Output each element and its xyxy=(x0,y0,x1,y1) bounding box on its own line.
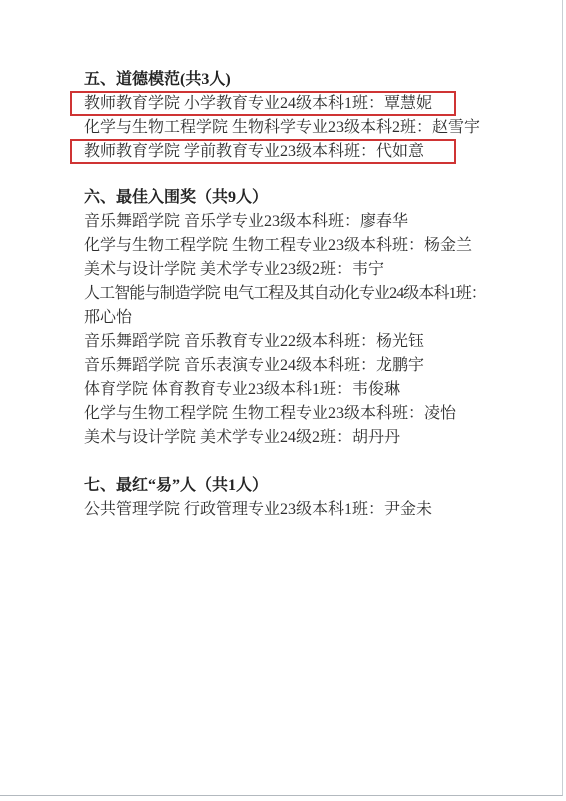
section-moral-models: 五、道德模范(共3人) 教师教育学院 小学教育专业24级本科1班：覃慧妮 化学与… xyxy=(84,68,524,164)
award-line: 化学与生物工程学院 生物工程专业23级本科班：杨金兰 xyxy=(84,234,524,258)
award-line: 化学与生物工程学院 生物工程专业23级本科班：凌怡 xyxy=(84,402,524,426)
section-heading: 六、最佳入围奖（共9人） xyxy=(84,186,524,210)
section-most-red-person: 七、最红“易”人（共1人） 公共管理学院 行政管理专业23级本科1班：尹金未 xyxy=(84,474,524,522)
award-line: 教师教育学院 学前教育专业23级本科班：代如意 xyxy=(84,140,524,164)
document-content: 五、道德模范(共3人) 教师教育学院 小学教育专业24级本科1班：覃慧妮 化学与… xyxy=(84,68,524,522)
award-line-text: 教师教育学院 小学教育专业24级本科1班：覃慧妮 xyxy=(84,95,432,112)
document-page: 五、道德模范(共3人) 教师教育学院 小学教育专业24级本科1班：覃慧妮 化学与… xyxy=(0,0,563,796)
award-line: 音乐舞蹈学院 音乐表演专业24级本科班：龙鹏宇 xyxy=(84,354,524,378)
section-best-finalist: 六、最佳入围奖（共9人） 音乐舞蹈学院 音乐学专业23级本科班：廖春华 化学与生… xyxy=(84,186,524,450)
section-heading: 七、最红“易”人（共1人） xyxy=(84,474,524,498)
award-line: 美术与设计学院 美术学专业23级2班：韦宁 xyxy=(84,258,524,282)
award-line: 美术与设计学院 美术学专业24级2班：胡丹丹 xyxy=(84,426,524,450)
award-line: 音乐舞蹈学院 音乐学专业23级本科班：廖春华 xyxy=(84,210,524,234)
award-line: 音乐舞蹈学院 音乐教育专业22级本科班：杨光钰 xyxy=(84,330,524,354)
award-line: 化学与生物工程学院 生物科学专业23级本科2班：赵雪宇 xyxy=(84,116,524,140)
award-line: 公共管理学院 行政管理专业23级本科1班：尹金未 xyxy=(84,498,524,522)
award-line-text: 教师教育学院 学前教育专业23级本科班：代如意 xyxy=(84,143,424,160)
award-line: 教师教育学院 小学教育专业24级本科1班：覃慧妮 xyxy=(84,92,524,116)
award-line: 人工智能与制造学院 电气工程及其自动化专业24级本科1班： xyxy=(84,282,524,306)
section-heading: 五、道德模范(共3人) xyxy=(84,68,524,92)
award-line: 体育学院 体育教育专业23级本科1班：韦俊琳 xyxy=(84,378,524,402)
award-line-continuation: 邢心怡 xyxy=(84,306,524,330)
